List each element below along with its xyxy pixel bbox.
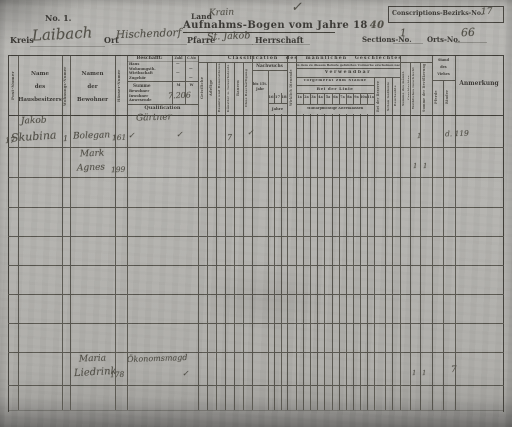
classification-title: Classification des männlichen Geschlecht… [198,56,432,61]
grid-vline [346,93,347,410]
page-title: Aufnahms-Bogen vom Jahre 1840 [183,20,385,31]
grid-vline [70,55,71,410]
summe-title: Summe [133,84,151,89]
col-beurlaubte: Beurlaubte [393,78,399,114]
grid-hline [183,32,335,33]
vormerk-line4: Bei der Linie [296,87,374,91]
grid-vline [332,93,333,410]
grid-hline [8,294,504,295]
grid-vline [360,93,361,410]
entry1-wohnungs-no: 1 [63,135,68,143]
nachwuchs-left-cell: bis 15t. Jahr [252,82,268,93]
entry1-anmerkung: d. 119 [445,130,469,138]
grid-vline [374,77,375,410]
grid-vline [268,70,269,410]
col-schon-gediente: Schon Gediente [386,78,391,114]
grid-hline [393,43,423,44]
orts-value-handwriting: 66 [461,27,475,38]
age-col-4a: 4a [317,96,324,100]
grid-vline [274,93,275,410]
class-col-beamte: Beamte und Honoratioren [217,63,225,113]
col-summe-maennlich: Summe des männl. Geschlechtes [401,63,409,113]
grid-hline [127,81,198,82]
summe-value-handwriting: 7.206 [168,92,191,101]
entry3-mark-a: 1 [412,370,417,377]
grid-hline [203,44,253,45]
vormerk-line1: In dem zu diesem Behufe geführten Vormer… [296,64,400,67]
entry1-class-mark: 7 [227,134,232,142]
grid-hline [8,323,504,324]
grid-vline [353,93,354,410]
summe-col-w: W [185,84,198,88]
entry1-qualification: Gärtner [136,113,172,123]
ort-value-handwriting: Hischendorf [116,28,182,41]
entry2-haus-no: 199 [111,166,126,174]
grid-vline [303,93,304,410]
age-col-9a: 9a [353,96,360,100]
age-col-10a: 10a [360,96,367,100]
class-col-ohne-beschaeftigung: Ohne Beschäftigung [244,63,252,113]
vormerk-footer: Militärpflichtige Altersklassen [296,107,374,111]
grid-hline [112,44,187,45]
col-wohnungs-numer-label: Wohnungs-Numer [62,60,70,112]
beschaffenheit-dash-1: — [176,63,180,67]
title-year-handwriting: 40 [370,20,385,31]
grid-hline [8,147,504,148]
class-col-geistliche: Geistliche [199,63,207,113]
col-wirklich-dienende: Wirklich Dienende [288,63,296,113]
grid-hline [296,68,400,69]
grid-vline [310,93,311,410]
land-value-handwriting: Krain [209,9,234,19]
grid-vline [392,77,393,410]
entry3-anmerkung: 7 [451,366,457,375]
col-bei-der-reserve: Bei der Reserve [375,78,384,114]
entry3-bewohner-first: Maria [79,355,106,365]
grid-hline [252,70,287,71]
grid-hline [8,177,504,178]
col-weibliches-geschlecht: Weibliches Geschlecht [411,63,419,113]
entry1-owner-last: Skubina [11,129,57,143]
scanned-census-form: No. 1. Land Krain ✓ Aufnahms-Bogen vom J… [0,0,512,427]
age-col-8a: 8a [346,96,353,100]
viehstand-title: Stand des Viehes [432,57,455,77]
grid-hline [252,44,310,45]
form-number: No. 1. [45,14,71,23]
entry2-bewohner-first: Mark [80,150,105,160]
kreis-value-handwriting: Laibach [32,25,93,43]
entry1-owner-first: Jakob [21,117,47,127]
grid-vline [18,55,19,410]
grid-vline [339,93,340,410]
grid-vline [443,80,444,410]
beschaffenheit-title: Beschafft: [127,56,172,61]
grid-hline [455,42,487,43]
grid-hline [296,93,374,94]
grid-hline [8,265,504,266]
col-post-numer-label: Post-Numer [9,60,18,112]
grid-hline [8,115,504,116]
age-col-7a: 7a [339,96,346,100]
sections-value-handwriting: 1 [400,29,407,39]
col-pferde: Pferde [433,81,442,113]
age-col-5a: 5a [324,96,332,100]
age-col-2a: 2a [303,96,310,100]
grid-hline [296,85,374,86]
entry2-bewohner-second: Agnes [77,164,105,174]
col-rinder: Rinder [444,81,454,113]
beschaffenheit-row-zugehoer: Zugehör [129,77,146,81]
class-col-bauern: Bauern [235,63,243,113]
entry1-tick-c: ✓ [247,129,254,137]
class-col-adelige: Adelige [208,63,216,113]
beschaffenheit-dash-4: — [189,77,193,81]
age-col-11a: 11a [367,96,374,100]
grid-vline [317,93,318,410]
grid-vline [367,93,368,410]
grid-hline [296,77,400,78]
age-col-1a: 1a [296,96,303,100]
entry3-mark-b: 1 [422,370,427,377]
nachwuchs-footer: Jahre [268,107,287,111]
conscription-label: Conscriptions-Bezirks-No. [392,11,483,18]
grid-vline [385,77,386,410]
conscription-value-handwriting: 17 [481,8,493,17]
grid-hline [8,236,504,237]
age-col-6a: 6a [332,96,339,100]
summe-col-m: M [172,84,185,88]
vormerk-verwendbar: Verwendbar [296,70,400,75]
entry1-tick-a: ✓ [128,132,135,140]
entry3-qualification: Ökonomsmagd [127,354,188,364]
vormerk-line3: Vorgemerkt zum Stande [296,79,374,83]
grid-vline [324,93,325,410]
entry1-haus-no: 161 [112,134,127,142]
grid-vline [281,93,282,410]
checkmark-handwriting: ✓ [291,1,302,14]
col-bewohner-label: Namen der Bewohner [70,68,115,108]
beschaffenheit-col-cno: C.No [185,57,198,61]
anmerkung-label: Anmerkung [455,81,503,88]
grid-vline [455,55,456,410]
entry1-summe-mark: 1 [417,133,422,140]
nachwuchs-title: Nachwuchs [252,64,287,69]
entry3-tick: ✓ [182,370,189,378]
grid-hline [8,352,504,353]
grid-hline [30,46,105,47]
nachwuchs-year-17: 17 [274,95,281,99]
grid-hline [8,385,504,386]
beschaffenheit-dash-2: — [189,68,193,72]
nachwuchs-year-18: 18 [281,95,287,99]
grid-hline [8,410,504,411]
entry1-tick-b: ✓ [176,131,183,139]
entry3-haus-no: 178 [110,371,125,379]
col-haeuser-numer-label: Häuser-Numer [116,60,126,112]
class-col-kuenstler: Künstler u. Gewerbsleute [226,63,234,113]
grid-vline [503,55,504,412]
col-hausbesitzer-label: Name des Hausbesitzers [18,68,62,108]
entry2-mark-a: 1 [413,163,418,170]
page-title-text: Aufnahms-Bogen vom Jahre 18 [183,20,368,31]
kreis-label: Kreis [10,36,34,45]
qualification-label: Qualification [127,106,198,112]
entry2-mark-b: 1 [423,163,428,170]
entry1-bewohner: Bolegan [73,131,110,141]
grid-vline [252,55,253,410]
grid-hline [8,207,504,208]
age-col-3a: 3a [310,96,317,100]
col-summe-bevoelkerung: Summe der Bevölkerung [421,63,431,113]
summe-row-anwesende: Anwesende [129,99,152,103]
beschaffenheit-col-zahl: Zahl [172,57,185,61]
beschaffenheit-dash-3: — [176,72,180,76]
